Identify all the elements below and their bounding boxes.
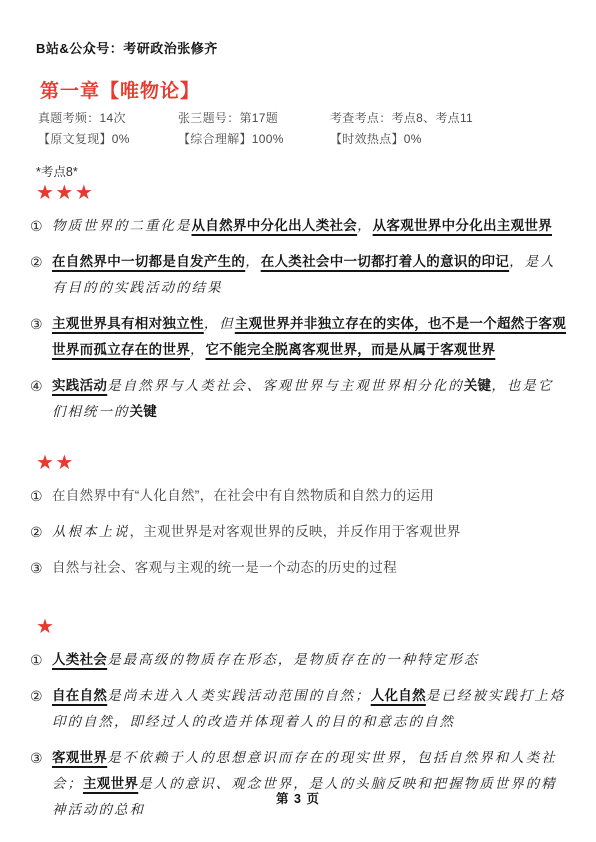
item-text: 自然与社会、客观与主观的统一是一个动态的历史的过程 [52, 555, 568, 581]
item-text: 从根本上说，主观世界是对客观世界的反映，并反作用于客观世界 [52, 519, 568, 545]
item-number: ④ [30, 373, 52, 425]
text-segment: ， [357, 218, 373, 234]
text-segment: 自在自然 [52, 688, 107, 703]
list-item: ②从根本上说，主观世界是对客观世界的反映，并反作用于客观世界 [30, 519, 568, 545]
stat-question-number: 张三题号：第17题 [178, 111, 330, 125]
item-text: 物质世界的二重化是从自然界中分化出人类社会，从客观世界中分化出主观世界 [52, 213, 568, 239]
list-item: ①物质世界的二重化是从自然界中分化出人类社会，从客观世界中分化出主观世界 [30, 213, 568, 239]
item-text: 自在自然是尚未进入人类实践活动范围的自然；人化自然是已经被实践打上烙印的自然，即… [52, 683, 568, 735]
text-segment: 关键 [464, 378, 492, 393]
stat-tested-points: 考查考点：考点8、考点11 [330, 111, 568, 125]
text-segment: ， [190, 342, 206, 358]
item-number: ② [30, 519, 52, 545]
channel-header: B站&公众号：考研政治张修齐 [36, 38, 568, 57]
text-segment: 是自然界与人类社会、客观世界与主观世界相分化的 [107, 378, 464, 394]
list-item: ②在自然界中一切都是自发产生的，在人类社会中一切都打着人的意识的印记，是人有目的… [30, 249, 568, 301]
text-segment: 在人类社会中一切都打着人的意识的印记 [261, 254, 509, 269]
text-segment: 自然与社会、客观与主观的统一是一个动态的历史的过程 [52, 560, 397, 575]
document-page: B站&公众号：考研政治张修齐 第一章【唯物论】 真题考频：14次 张三题号：第1… [0, 0, 596, 842]
text-segment: ，主观世界是对客观世界的反映，并反作用于客观世界 [130, 524, 461, 539]
text-segment: 在自然界中有“人化自然”，在社会中有自然物质和自然力的运用 [52, 488, 434, 503]
item-number: ① [30, 483, 52, 509]
star-section: ★★①在自然界中有“人化自然”，在社会中有自然物质和自然力的运用②从根本上说，主… [30, 453, 568, 581]
item-number: ③ [30, 745, 52, 823]
chapter-stats: 真题考频：14次 张三题号：第17题 考查考点：考点8、考点11 【原文复现】0… [38, 111, 568, 146]
text-segment: 主观世界具有相对独立性 [52, 316, 204, 331]
item-number: ① [30, 213, 52, 239]
item-number: ② [30, 249, 52, 301]
stat-exam-frequency: 真题考频：14次 [38, 111, 178, 125]
text-segment: 物质世界的二重化是 [52, 218, 192, 234]
kaodian-label: *考点8* [36, 165, 568, 180]
text-segment: 是最高级的物质存在形态，是物质存在的一种特定形态 [107, 652, 479, 668]
text-segment: 是尚未进入人类实践活动范围的自然； [107, 688, 371, 704]
list-item: ③客观世界是不依赖于人的思想意识而存在的现实世界，包括自然界和人类社会；主观世界… [30, 745, 568, 823]
text-segment: 客观世界 [52, 750, 107, 765]
chapter-title: 第一章【唯物论】 [40, 79, 568, 105]
page-number: 第 3 页 [0, 789, 596, 807]
text-segment: 从根本上说 [52, 524, 130, 540]
item-text: 客观世界是不依赖于人的思想意识而存在的现实世界，包括自然界和人类社会；主观世界是… [52, 745, 568, 823]
text-segment: 实践活动 [52, 378, 107, 393]
stat-timeliness-hotspot: 【时效热点】0% [330, 132, 568, 146]
text-segment: 人化自然 [371, 688, 426, 703]
sections-container: ★★★①物质世界的二重化是从自然界中分化出人类社会，从客观世界中分化出主观世界②… [30, 183, 568, 823]
item-text: 人类社会是最高级的物质存在形态，是物质存在的一种特定形态 [52, 647, 568, 673]
list-item: ④实践活动是自然界与人类社会、客观世界与主观世界相分化的关键，也是它们相统一的关… [30, 373, 568, 425]
item-number: ③ [30, 555, 52, 581]
list-item: ②自在自然是尚未进入人类实践活动范围的自然；人化自然是已经被实践打上烙印的自然，… [30, 683, 568, 735]
text-segment: ，但 [204, 316, 235, 332]
star-rating-icon: ★★ [36, 453, 568, 473]
item-text: 在自然界中有“人化自然”，在社会中有自然物质和自然力的运用 [52, 483, 568, 509]
stat-original-recall: 【原文复现】0% [38, 132, 178, 146]
text-segment: 它不能完全脱离客观世界，而是从属于客观世界 [206, 342, 496, 357]
text-segment: 从自然界中分化出人类社会 [192, 218, 358, 233]
item-text: 主观世界具有相对独立性，但主观世界并非独立存在的实体，也不是一个超然于客观世界而… [52, 311, 568, 363]
item-text: 在自然界中一切都是自发产生的，在人类社会中一切都打着人的意识的印记，是人有目的的… [52, 249, 568, 301]
list-item: ①人类社会是最高级的物质存在形态，是物质存在的一种特定形态 [30, 647, 568, 673]
list-item: ③主观世界具有相对独立性，但主观世界并非独立存在的实体，也不是一个超然于客观世界… [30, 311, 568, 363]
star-rating-icon: ★★★ [36, 183, 568, 203]
star-rating-icon: ★ [36, 617, 568, 637]
item-number: ① [30, 647, 52, 673]
text-segment: ， [245, 254, 261, 270]
text-segment: 人类社会 [52, 652, 107, 667]
list-item: ③自然与社会、客观与主观的统一是一个动态的历史的过程 [30, 555, 568, 581]
list-item: ①在自然界中有“人化自然”，在社会中有自然物质和自然力的运用 [30, 483, 568, 509]
text-segment: 在自然界中一切都是自发产生的 [52, 254, 245, 269]
item-text: 实践活动是自然界与人类社会、客观世界与主观世界相分化的关键，也是它们相统一的关键 [52, 373, 568, 425]
stat-comprehension: 【综合理解】100% [178, 132, 330, 146]
text-segment: 从客观世界中分化出主观世界 [373, 218, 552, 233]
item-number: ② [30, 683, 52, 735]
item-number: ③ [30, 311, 52, 363]
star-section: ★★★①物质世界的二重化是从自然界中分化出人类社会，从客观世界中分化出主观世界②… [30, 183, 568, 425]
text-segment: 关键 [130, 404, 158, 419]
